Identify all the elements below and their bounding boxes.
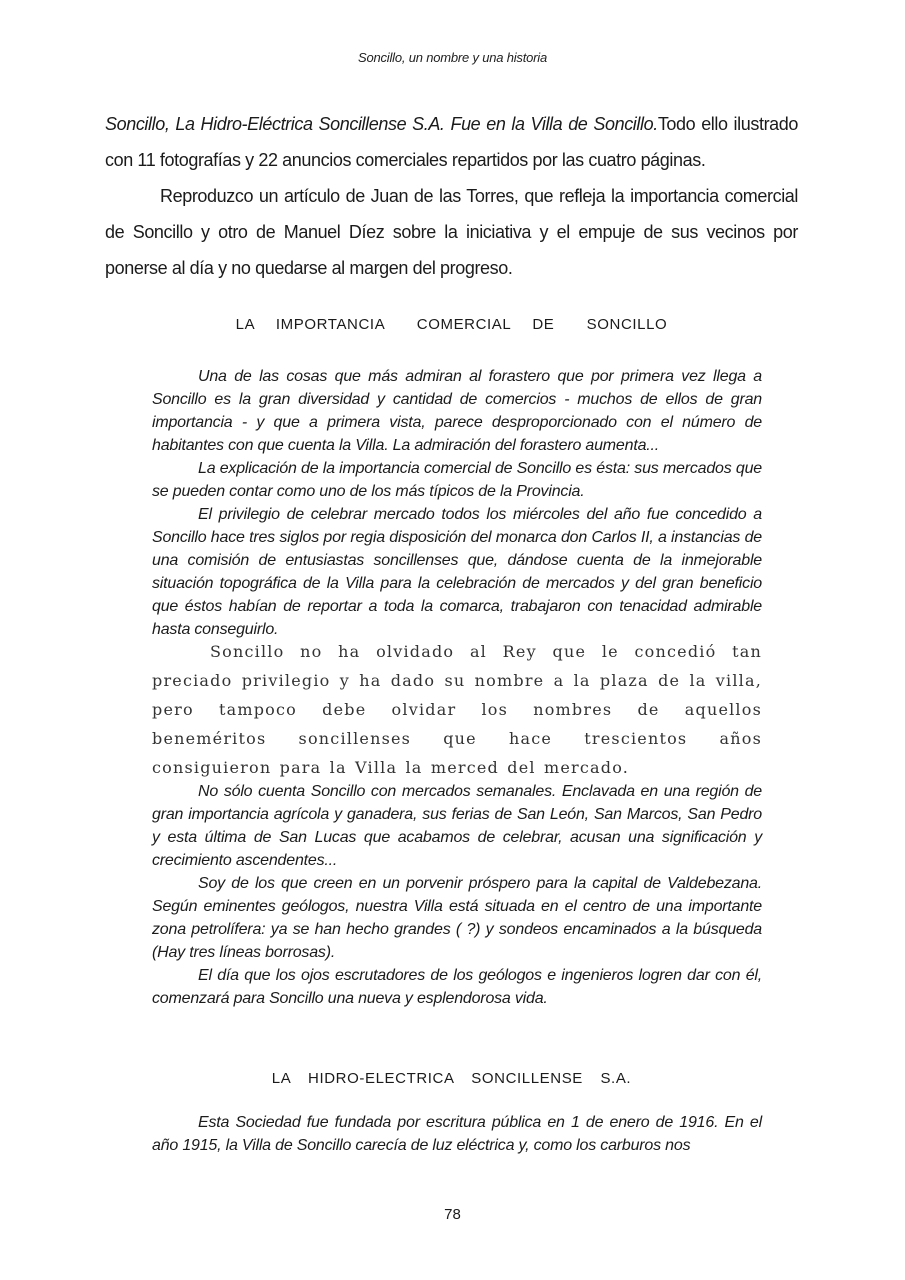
text-column: Soncillo, La Hidro-Eléctrica Soncillense…	[105, 66, 798, 1157]
quote-paragraph-7: El día que los ojos escrutadores de los …	[152, 964, 762, 1010]
quote-paragraph-2: La explicación de la importancia comerci…	[152, 457, 762, 503]
quote-paragraph-3: El privilegio de celebrar mercado todos …	[152, 503, 762, 641]
quote-paragraph-6: Soy de los que creen en un porvenir prós…	[152, 872, 762, 964]
intro-paragraph-1: Soncillo, La Hidro-Eléctrica Soncillense…	[105, 106, 798, 178]
intro-paragraph-1-italic-segment: Soncillo, La Hidro-Eléctrica Soncillense…	[105, 114, 658, 134]
intro-paragraph-2: Reproduzco un artículo de Juan de las To…	[105, 178, 798, 286]
section2-heading: LA HIDRO-ELECTRICA SONCILLENSE S.A.	[105, 1070, 798, 1087]
section1-quote-block: Una de las cosas que más admiran al fora…	[152, 365, 762, 1010]
running-header: Soncillo, un nombre y una historia	[0, 50, 905, 65]
section1-heading: LA IMPORTANCIA COMERCIAL DE SONCILLO	[105, 316, 798, 333]
quote-paragraph-5: No sólo cuenta Soncillo con mercados sem…	[152, 780, 762, 872]
document-page: Soncillo, un nombre y una historia Sonci…	[0, 0, 905, 1280]
quote-paragraph-4-calligraphic: Soncillo no ha olvidado al Rey que le co…	[152, 637, 762, 782]
section2-quote-block: Esta Sociedad fue fundada por escritura …	[152, 1111, 762, 1157]
page-number: 78	[0, 1206, 905, 1223]
quote-paragraph-8: Esta Sociedad fue fundada por escritura …	[152, 1111, 762, 1157]
quote-paragraph-1: Una de las cosas que más admiran al fora…	[152, 365, 762, 457]
